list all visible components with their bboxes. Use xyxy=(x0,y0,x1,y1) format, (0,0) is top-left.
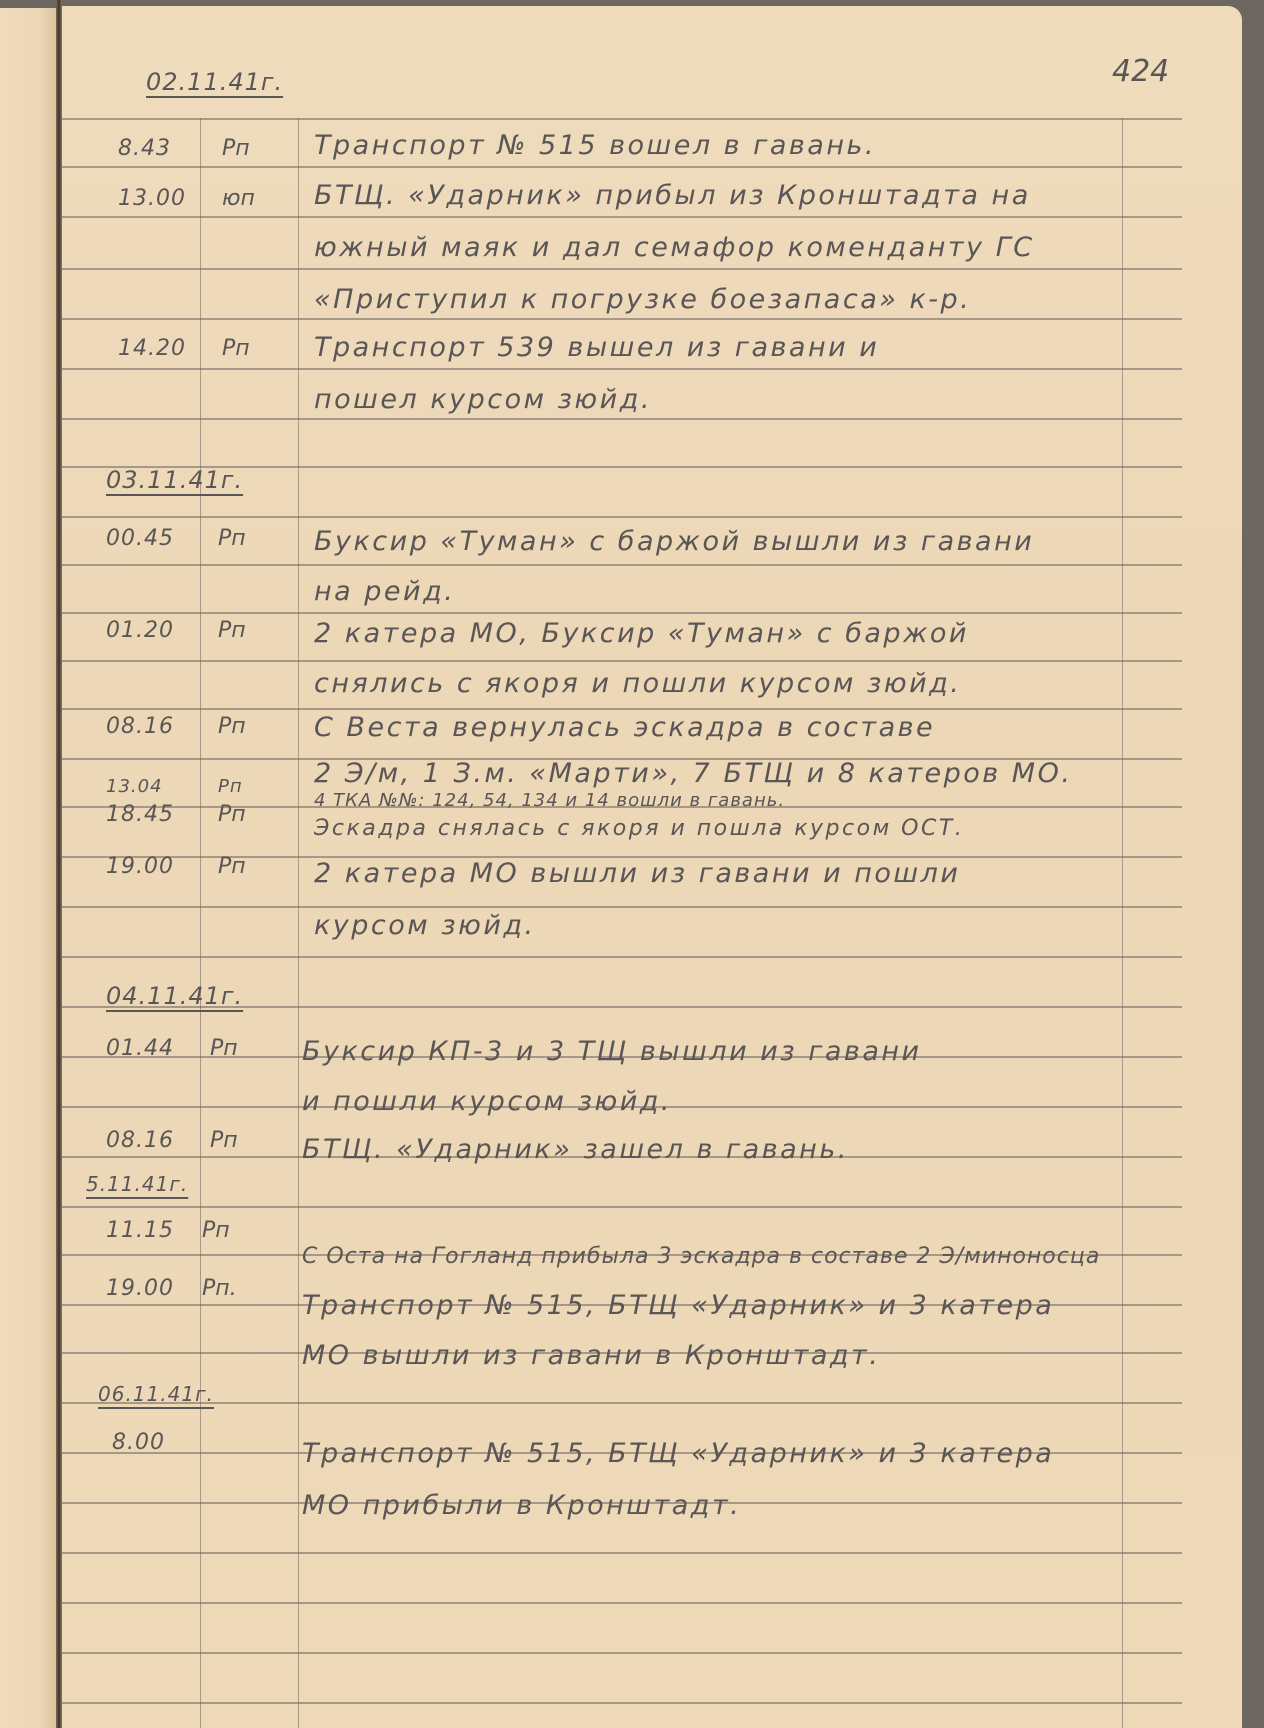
entry-text: МО вышли из гавани в Кронштадт. xyxy=(302,1340,880,1371)
ruled-line xyxy=(62,166,1182,168)
column-divider-margin xyxy=(1122,118,1123,1728)
ruled-line xyxy=(62,1402,1182,1404)
entry-source: Рп xyxy=(222,136,250,161)
entry-text: Транспорт № 515, БТЩ «Ударник» и 3 катер… xyxy=(302,1438,1054,1469)
entry-text: курсом зюйд. xyxy=(314,910,536,941)
entry-text: южный маяк и дал семафор коменданту ГС xyxy=(314,232,1035,263)
entry-text: пошел курсом зюйд. xyxy=(314,384,652,415)
entry-time: 19.00 xyxy=(106,1276,174,1301)
entry-text: Транспорт № 515 вошел в гавань. xyxy=(314,130,876,161)
entry-time: 18.45 xyxy=(106,802,174,827)
entry-text: 2 катера МО, Буксир «Туман» с баржой xyxy=(314,618,969,649)
entry-time: 13.00 xyxy=(118,186,186,211)
entry-source: Рп xyxy=(202,1218,230,1243)
entry-text: снялись с якоря и пошли курсом зюйд. xyxy=(314,668,961,699)
entry-text: С Оста на Гогланд прибыла 3 эскадра в со… xyxy=(302,1244,1100,1269)
column-divider-source xyxy=(298,118,299,1728)
entry-text: на рейд. xyxy=(314,576,455,607)
entry-source: Рп xyxy=(222,336,250,361)
entry-source: Рп xyxy=(218,618,246,643)
entry-text: Буксир «Туман» с баржой вышли из гавани xyxy=(314,526,1034,557)
entry-text: 2 катера МО вышли из гавани и пошли xyxy=(314,858,960,889)
entry-source: Рп xyxy=(210,1036,238,1061)
ruled-line xyxy=(62,216,1182,218)
entry-text: С Веста вернулась эскадра в составе xyxy=(314,712,935,743)
entry-text: Транспорт № 515, БТЩ «Ударник» и 3 катер… xyxy=(302,1290,1054,1321)
entry-text: 4 ТКА №№: 124, 54, 134 и 14 вошли в гава… xyxy=(314,790,785,811)
entry-text: «Приступил к погрузке боезапаса» к-р. xyxy=(314,284,971,315)
entry-source: Рп xyxy=(218,714,246,739)
date-heading: 04.11.41г. xyxy=(106,982,243,1010)
left-page-edge xyxy=(0,8,58,1728)
entry-text: Транспорт 539 вышел из гавани и xyxy=(314,332,879,363)
entry-text: 2 Э/м, 1 З.м. «Марти», 7 БТЩ и 8 катеров… xyxy=(314,758,1072,789)
entry-time: 19.00 xyxy=(106,854,174,879)
date-heading: 5.11.41г. xyxy=(86,1172,188,1196)
entry-time: 8.43 xyxy=(118,136,171,161)
ruled-line xyxy=(62,268,1182,270)
entry-text: Эскадра снялась с якоря и пошла курсом О… xyxy=(314,816,964,841)
ruled-line xyxy=(62,1602,1182,1604)
entry-time: 08.16 xyxy=(106,1128,174,1153)
ruled-line xyxy=(62,956,1182,958)
entry-time: 01.20 xyxy=(106,618,174,643)
entry-time: 08.16 xyxy=(106,714,174,739)
ruled-line xyxy=(62,516,1182,518)
page-number: 424 xyxy=(1112,54,1169,89)
entry-time: 13.04 xyxy=(106,776,163,797)
entry-text: БТЩ. «Ударник» зашел в гавань. xyxy=(302,1134,849,1165)
logbook-page: 424 02.11.41г. 8.43 Рп Транспорт № 515 в… xyxy=(62,6,1242,1728)
ruled-line xyxy=(62,708,1182,710)
entry-text: и пошли курсом зюйд. xyxy=(302,1086,672,1117)
ruled-line xyxy=(62,1552,1182,1554)
ruled-line xyxy=(62,906,1182,908)
entry-time: 8.00 xyxy=(112,1430,165,1455)
date-heading: 03.11.41г. xyxy=(106,466,243,494)
ruled-line xyxy=(62,564,1182,566)
date-heading: 02.11.41г. xyxy=(146,68,283,96)
ruled-line xyxy=(62,1702,1182,1704)
entry-time: 00.45 xyxy=(106,526,174,551)
ruled-line xyxy=(62,118,1182,120)
entry-source: Рп xyxy=(218,802,246,827)
entry-text: Буксир КП-3 и 3 ТЩ вышли из гавани xyxy=(302,1036,922,1067)
entry-time: 01.44 xyxy=(106,1036,174,1061)
entry-text: МО прибыли в Кронштадт. xyxy=(302,1490,741,1521)
ruled-line xyxy=(62,660,1182,662)
entry-time: 14.20 xyxy=(118,336,186,361)
ruled-line xyxy=(62,1206,1182,1208)
ruled-line xyxy=(62,418,1182,420)
entry-source: Рп. xyxy=(202,1276,237,1301)
ruled-line xyxy=(62,368,1182,370)
ruled-line xyxy=(62,1652,1182,1654)
ruled-line xyxy=(62,318,1182,320)
entry-source: Рп xyxy=(218,526,246,551)
ruled-line xyxy=(62,612,1182,614)
entry-text: БТЩ. «Ударник» прибыл из Кронштадта на xyxy=(314,180,1031,211)
column-divider-time xyxy=(200,118,201,1728)
entry-source: Рп xyxy=(218,776,243,797)
entry-source: Рп xyxy=(218,854,246,879)
entry-time: 11.15 xyxy=(106,1218,174,1243)
date-heading: 06.11.41г. xyxy=(98,1382,214,1406)
entry-source: Рп xyxy=(210,1128,238,1153)
entry-source: юп xyxy=(222,186,255,211)
